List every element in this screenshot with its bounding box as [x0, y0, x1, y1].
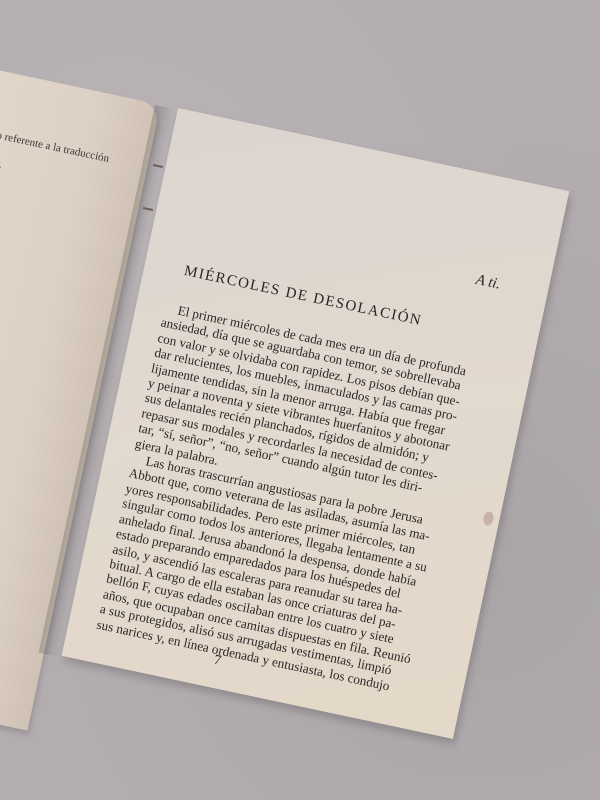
dedication: A ti. — [474, 272, 502, 294]
body-text: El primer miércoles de cada mes era un d… — [95, 300, 449, 692]
paper-stain — [482, 511, 495, 527]
left-page-line-2: tor. — [0, 156, 3, 171]
left-page-line-1: lo referente a la traducción — [0, 129, 110, 165]
